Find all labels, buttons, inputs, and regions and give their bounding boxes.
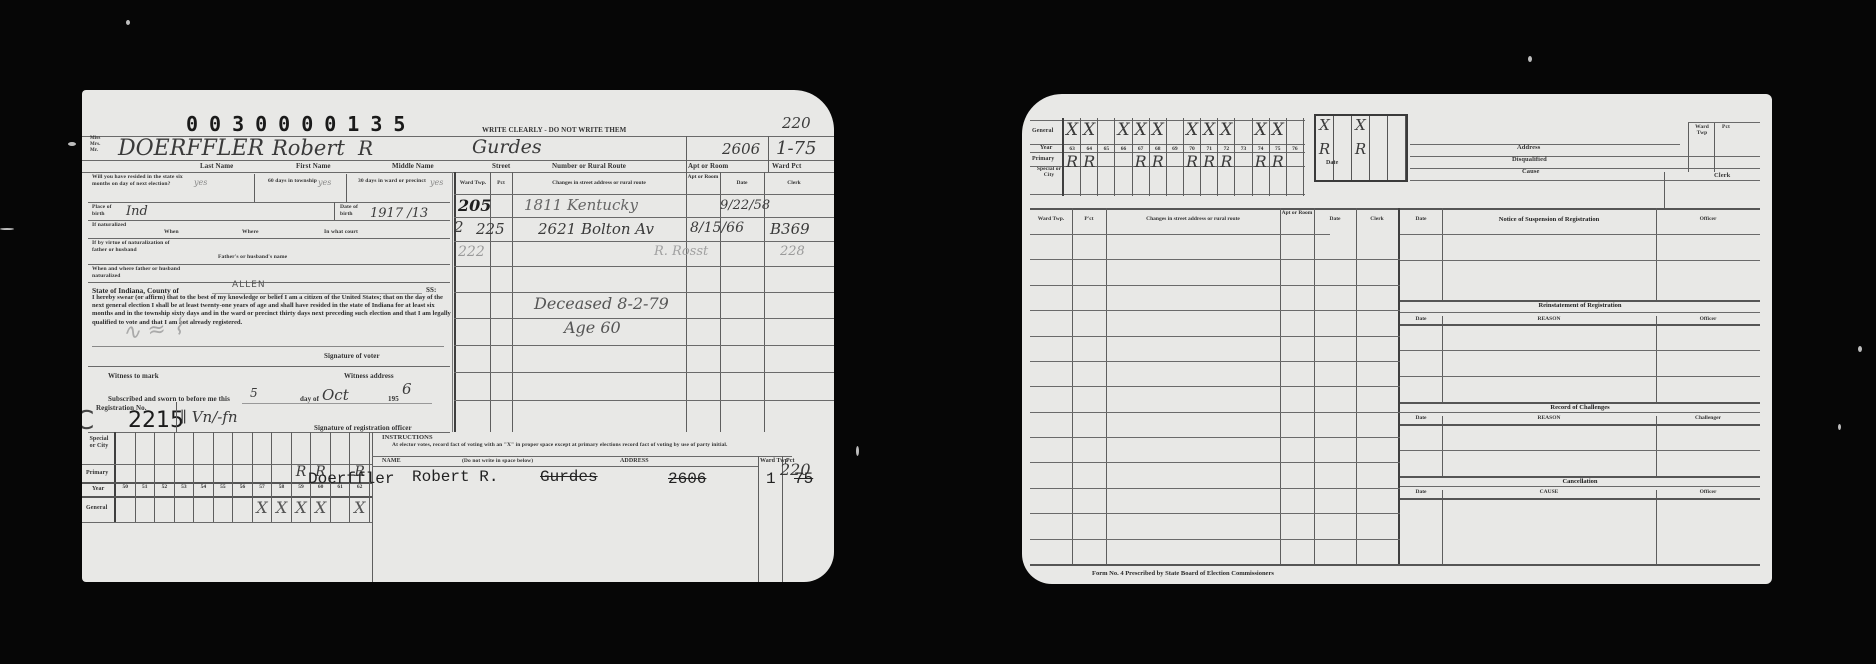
back-table-rows (1030, 234, 1400, 564)
back-year-column: X71R (1201, 118, 1218, 196)
primary-mark: R (1081, 152, 1097, 171)
form-footer-text: Form No. 4 Prescribed by State Board of … (1092, 570, 1274, 577)
ward-pct-value: 1-75 (776, 138, 816, 159)
back-pct-label: Pct (1722, 124, 1730, 130)
label-street: Street (492, 162, 510, 170)
suspension-col-date: Date (1400, 216, 1442, 222)
back-table-row-divider (1030, 488, 1400, 489)
cancellation-col-cause: CAUSE (1442, 489, 1656, 495)
general-mark: X (253, 498, 272, 517)
primary-mark: R (1150, 152, 1166, 171)
header-instruction: WRITE CLEARLY - DO NOT WRITE THEM (482, 126, 626, 134)
back-voting-grid: General Year Primary Special or City X63… (1030, 114, 1310, 194)
back-status-panel: Date Notice of Suspension of Registratio… (1400, 208, 1760, 564)
extra-primary-mark: R (1352, 140, 1369, 158)
officer-signature-label: Signature of registration officer (314, 424, 412, 432)
front-col-apt: Apt or Room (686, 174, 720, 180)
footer-do-not-write: (Do not write in space below) (462, 458, 533, 464)
sworn-month: Oct (322, 386, 349, 404)
general-mark: X (1253, 120, 1269, 140)
back-year-column: X66 (1115, 118, 1132, 196)
primary-mark: R (1133, 152, 1149, 171)
back-col-date: Date (1314, 216, 1356, 222)
row2-ward: 2 (454, 218, 464, 236)
front-year-column: 56 (233, 432, 253, 522)
typed-ward: 1 (766, 470, 776, 488)
typed-pct: 75 (794, 470, 813, 488)
back-table-row-divider (1030, 386, 1400, 387)
back-year-column: X64R (1081, 118, 1098, 196)
general-mark: X (272, 498, 291, 517)
front-col-pct: Pct (490, 180, 512, 186)
general-mark: X (1270, 120, 1286, 140)
general-mark: X (1218, 120, 1234, 140)
back-table-row-divider (1030, 310, 1400, 311)
general-mark: X (350, 498, 369, 517)
extra-general-mark: X (1316, 116, 1333, 134)
extra-box-column: XR (1352, 116, 1370, 180)
general-mark: X (1150, 120, 1166, 140)
row1-address: 1811 Kentucky (524, 196, 638, 214)
witness-label: Witness to mark (108, 372, 159, 380)
front-year-column: 52 (155, 432, 175, 522)
back-col-clerk: Clerk (1356, 216, 1398, 222)
challenges-col-reason: REASON (1442, 415, 1656, 421)
primary-mark: R (1253, 152, 1269, 171)
label-number: Number or Rural Route (552, 162, 626, 170)
back-grid-label-year: Year (1040, 145, 1052, 151)
row2-clerk: B369 (770, 220, 810, 238)
front-voting-grid: Special or City Primary Year General 505… (82, 432, 372, 582)
middle-name-value: R (358, 136, 373, 160)
when-where-father-label: When and where father or husband natural… (92, 266, 202, 280)
age-note: Age 60 (564, 318, 621, 337)
back-grid-label-general: General (1032, 128, 1053, 134)
naturalized-court-label: In what court (324, 229, 358, 235)
year-label: 65 (1098, 146, 1114, 152)
year-label: 58 (272, 484, 291, 490)
oath-ss: SS: (426, 286, 436, 294)
primary-mark: R (1218, 152, 1234, 171)
back-address-label: Address (1517, 144, 1540, 151)
general-mark: X (311, 498, 330, 517)
row2-pct: 225 (476, 220, 505, 238)
general-mark: X (1133, 120, 1149, 140)
front-year-column: 58X (272, 432, 292, 522)
back-year-column: 65 (1098, 118, 1115, 196)
q-ward-label: 30 days in ward or precinct (358, 178, 428, 185)
officer-signature: ∥ Vn/-fn (180, 408, 238, 426)
back-table-row-divider (1030, 361, 1400, 362)
extra-box-column (1370, 116, 1388, 180)
row1-date: 9/22/58 (720, 198, 770, 213)
cancellation-col-officer: Officer (1656, 489, 1760, 495)
oath-county: ALLEN (232, 280, 266, 290)
back-table-row-divider (1030, 513, 1400, 514)
front-year-column: 51 (136, 432, 156, 522)
label-last-name: Last Name (200, 162, 233, 170)
reinstatement-col-officer: Officer (1656, 316, 1760, 322)
back-year-column: 76 (1287, 118, 1304, 196)
primary-mark: R (1064, 152, 1080, 171)
registration-card-front: 0030000135 WRITE CLEARLY - DO NOT WRITE … (82, 90, 834, 582)
last-name-value: DOERFFLER (118, 136, 264, 161)
naturalized-when-label: When (164, 229, 179, 235)
label-middle-name: Middle Name (392, 162, 434, 170)
name-prefix-labels: Miss Mrs. Mr. (90, 136, 101, 154)
back-clerk-label: Clerk (1714, 172, 1730, 179)
grid-label-general: General (86, 505, 107, 511)
sworn-day: 5 (250, 386, 258, 400)
number-value: 2606 (722, 140, 760, 158)
year-label: 51 (136, 484, 155, 490)
back-year-column: X68R (1150, 118, 1167, 196)
general-mark: X (1201, 120, 1217, 140)
primary-mark: R (1270, 152, 1286, 171)
witness-address-label: Witness address (344, 372, 394, 380)
back-year-column: X63R (1064, 118, 1081, 196)
back-col-apt: Apt or Room (1280, 210, 1314, 216)
general-mark: X (1115, 120, 1131, 140)
footer-address-label: ADDRESS (620, 458, 649, 464)
signature-voter-label: Signature of voter (324, 352, 380, 360)
year-label: 52 (155, 484, 174, 490)
front-year-column: 54 (194, 432, 214, 522)
back-year-column: 69 (1167, 118, 1184, 196)
challenges-col-challenger: Challenger (1656, 415, 1760, 421)
year-label: 50 (116, 484, 135, 490)
back-year-column: X70R (1184, 118, 1201, 196)
back-grid-label-special: Special or City (1036, 166, 1062, 178)
back-table-row-divider (1030, 285, 1400, 286)
back-year-column: X67R (1133, 118, 1150, 196)
back-disqualified-label: Disqualified (1512, 156, 1547, 163)
row2-address: 2621 Bolton Av (538, 220, 654, 238)
year-label: 54 (194, 484, 213, 490)
grid-label-primary: Primary (86, 470, 108, 476)
first-name-value: Robert (272, 136, 345, 160)
back-ward-label: Ward Twp (1690, 124, 1714, 136)
back-year-column: X75R (1270, 118, 1287, 196)
serial-number: 0030000135 (186, 112, 416, 136)
extra-general-mark: X (1352, 116, 1369, 134)
primary-mark: R (1201, 152, 1217, 171)
year-label: 53 (175, 484, 194, 490)
front-year-column: 53 (175, 432, 195, 522)
primary-mark: R (1184, 152, 1200, 171)
naturalized-where-label: Where (242, 229, 259, 235)
year-label: 56 (233, 484, 252, 490)
general-mark: X (1184, 120, 1200, 140)
label-ward: Ward Pct (772, 162, 801, 170)
grid-label-year: Year (92, 486, 104, 492)
grid-label-special: Special or City (86, 436, 112, 450)
extra-vote-box: XRXR Date (1314, 114, 1408, 182)
front-col-address: Changes in street address or rural route (512, 180, 686, 186)
cancellation-col-date: Date (1400, 489, 1442, 495)
back-col-address: Changes in street address or rural route (1106, 216, 1280, 222)
label-apt: Apt or Room (688, 162, 728, 170)
back-year-columns: X63RX64R65X66X67RX68R69X70RX71RX72R73X74… (1064, 118, 1304, 196)
typed-last-name: Doerffler (308, 470, 394, 488)
naturalized-label: If naturalized (92, 222, 128, 229)
row3-clerk: 228 (780, 244, 805, 259)
birth-date-value: 1917 /13 (370, 206, 428, 221)
deceased-note: Deceased 8-2-79 (534, 294, 669, 313)
sworn-label: Subscribed and sworn to before me this (108, 395, 230, 403)
extra-primary-mark: R (1316, 140, 1333, 158)
extra-box-date-label: Date (1326, 160, 1338, 166)
general-mark: X (292, 498, 311, 517)
row3-pct: 222 (458, 244, 485, 260)
corner-note: 220 (782, 114, 811, 132)
day-of-label: day of (300, 395, 319, 403)
back-year-column: X72R (1218, 118, 1235, 196)
extra-box-column (1388, 116, 1406, 180)
extra-box-column (1334, 116, 1352, 180)
instructions-title: INSTRUCTIONS (382, 434, 433, 441)
year-label: 69 (1167, 146, 1183, 152)
front-col-ward: Ward Twp. (456, 180, 490, 186)
reinstatement-col-date: Date (1400, 316, 1442, 322)
year-label: 57 (253, 484, 272, 490)
typed-number: 2606 (668, 470, 706, 488)
label-first-name: First Name (296, 162, 331, 170)
back-col-ward: Ward Twp. (1030, 216, 1072, 222)
q-state-label: Will you have resided in the state six m… (92, 174, 188, 188)
instructions-text: At elector votes, record fact of voting … (392, 442, 812, 449)
suspension-col-officer: Officer (1656, 216, 1760, 222)
birth-date-label: Date of birth (340, 204, 370, 218)
q-state-value: yes (194, 178, 207, 187)
suspension-col-notice: Notice of Suspension of Registration (1442, 216, 1656, 223)
extra-box-column: XR (1316, 116, 1334, 180)
birth-place-label: Place of birth (92, 204, 122, 218)
back-table-row-divider (1030, 259, 1400, 260)
front-changes-table: Ward Twp. Pct Changes in street address … (454, 172, 834, 432)
back-table-row-divider (1030, 539, 1400, 540)
back-table-row-divider (1030, 412, 1400, 413)
row3-address: R. Rosst (654, 244, 708, 259)
q-township-label: 60 days in township (268, 178, 318, 185)
back-year-column: 73 (1235, 118, 1252, 196)
front-year-column: 57X (253, 432, 273, 522)
back-col-pct: P'ct (1072, 216, 1106, 222)
year-label: 55 (214, 484, 233, 490)
front-year-column: 50 (116, 432, 136, 522)
back-table-row-divider (1030, 437, 1400, 438)
father-name-label: Father's or husband's name (218, 254, 287, 260)
front-col-date: Date (720, 180, 764, 186)
row1-pct: 205 (458, 196, 491, 215)
q-ward-value: yes (430, 178, 443, 187)
typed-first-name: Robert R. (412, 468, 498, 486)
voter-signature: ∿ ≈ ⌇ (121, 315, 185, 346)
back-year-column: X74R (1253, 118, 1270, 196)
row2-date: 8/15/66 (690, 220, 744, 236)
birth-place-value: Ind (126, 204, 148, 219)
typed-street: Gurdes (540, 468, 598, 486)
reinstatement-col-reason: REASON (1442, 316, 1656, 322)
q-township-value: yes (318, 178, 331, 187)
back-grid-label-primary: Primary (1032, 156, 1054, 162)
year-label: 76 (1287, 146, 1303, 152)
reinstatement-title-bar: Reinstatement of Registration (1400, 302, 1760, 316)
general-mark: X (1081, 120, 1097, 140)
footer-name-label: NAME (382, 458, 401, 464)
sworn-year: 6 (402, 380, 412, 398)
back-table-row-divider (1030, 336, 1400, 337)
challenges-col-date: Date (1400, 415, 1442, 421)
registration-card-back: General Year Primary Special or City X63… (1022, 94, 1772, 584)
year-label: 73 (1235, 146, 1251, 152)
father-naturalization-label: If by virtue of naturalization of father… (92, 240, 172, 254)
street-value: Gurdes (472, 136, 542, 158)
year-prefix: 195 (388, 395, 399, 403)
back-table-row-divider (1030, 462, 1400, 463)
front-col-clerk: Clerk (764, 180, 824, 186)
general-mark: X (1064, 120, 1080, 140)
back-cause-label: Cause (1522, 168, 1539, 175)
year-label: 66 (1115, 146, 1131, 152)
front-year-column: 55 (214, 432, 234, 522)
